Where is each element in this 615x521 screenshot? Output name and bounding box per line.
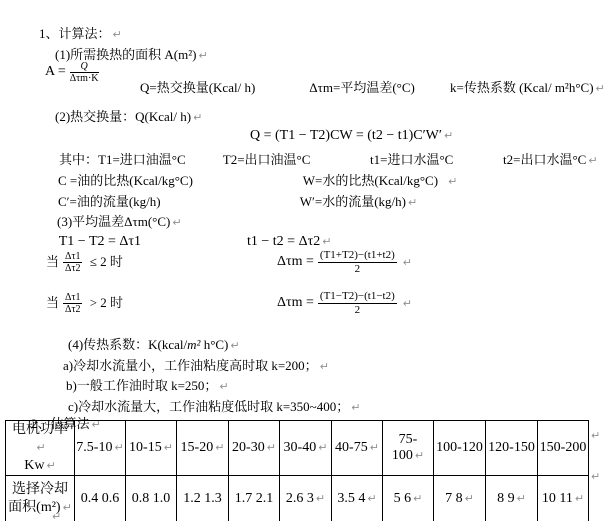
paragraph-mark: ↵ xyxy=(403,257,412,268)
fraction-denominator: Δτ2 xyxy=(63,263,82,274)
motor-power-label: 电机功率 xyxy=(12,422,68,437)
paragraph-mark: ↵ xyxy=(596,82,605,95)
cooling-area-value-cell: 0.4 0.6 xyxy=(75,476,126,521)
cooling-area-value-cell: 0.8 1.0 xyxy=(126,476,177,521)
cooling-area-value-cell: 3.5 4↵ xyxy=(332,476,383,521)
note-c-text: c)冷却水流量大，工作油粘度低时取 k=350~400； xyxy=(68,399,349,414)
paragraph-mark: ↵ xyxy=(267,441,276,454)
power-range-cell: 10-15↵ xyxy=(126,421,177,476)
where-tw2: t2=出口水温°C↵ xyxy=(490,136,598,184)
fraction-denominator: 2 xyxy=(318,263,397,275)
fraction-denominator: Δτ2 xyxy=(63,304,82,315)
label-dtm-text: Δτm=平均温差(°C) xyxy=(309,80,415,95)
power-range-cell: 150-200 xyxy=(538,421,589,476)
power-range-cell: 7.5-10↵ xyxy=(75,421,126,476)
power-range-cell: 15-20↵ xyxy=(177,421,229,476)
fraction-numerator: Δτ1 xyxy=(63,251,82,263)
fraction-denominator: Δτm·K xyxy=(70,73,99,84)
paragraph-mark: ↵ xyxy=(448,175,457,188)
table-row-power: 电机功率↵ Kw↵ 7.5-10↵10-15↵15-20↵20-30↵30-40… xyxy=(6,421,589,476)
paragraph-mark: ↵ xyxy=(164,441,173,454)
row-end-mark-1: ↵ xyxy=(591,427,600,443)
formula-a-lhs: A = xyxy=(45,64,66,80)
paragraph-mark: ↵ xyxy=(370,441,379,454)
paragraph-mark: ↵ xyxy=(316,492,325,505)
case-1-rhs-label: Δτm = xyxy=(277,254,314,270)
fraction-numerator: Q xyxy=(70,61,99,73)
table-row-area: 选择冷却 面积(m²)↵ 0.4 0.60.8 1.01.2 1.31.7 2.… xyxy=(6,476,589,521)
paragraph-mark: ↵ xyxy=(367,492,376,505)
row-end-mark-2: ↵ xyxy=(591,468,600,484)
label-mean-temp-diff: Δτm=平均温差(°C) xyxy=(297,64,415,112)
case-2-rhs-label: Δτm = xyxy=(277,295,314,311)
case-1-pre: 当 xyxy=(46,254,59,270)
paragraph-mark: ↵ xyxy=(193,111,202,124)
paragraph-mark: ↵ xyxy=(52,510,61,521)
power-range-cell: 120-150 xyxy=(486,421,538,476)
item-2-text: (2)热交换量：Q(Kcal/ h) xyxy=(55,109,191,124)
power-range-cell: 75-100↵ xyxy=(383,421,434,476)
label-heat-transfer-coeff: k=传热系数 (Kcal/ m²h°C)↵ xyxy=(437,64,605,112)
case-2-ratio-fraction: Δτ1Δτ2 xyxy=(63,292,82,315)
where-w-prime-text: W′=水的流量(kg/h) xyxy=(300,194,406,209)
formula-a-fraction: QΔτm·K xyxy=(70,61,99,84)
cooling-area-value-cell: 8 9↵ xyxy=(486,476,538,521)
cooling-area-value-cell: 7 8↵ xyxy=(434,476,486,521)
paragraph-mark: ↵ xyxy=(413,492,422,505)
paragraph-mark: ↵ xyxy=(172,216,181,229)
paragraph-mark: ↵ xyxy=(588,154,597,167)
paragraph-mark: ↵ xyxy=(114,441,123,454)
label-k-text: k=传热系数 (Kcal/ m²h°C) xyxy=(450,80,594,95)
fraction-numerator: Δτ1 xyxy=(63,292,82,304)
paragraph-mark: ↵ xyxy=(591,470,600,483)
case-1-result: Δτm =(T1+T2)−(t1+t2)2↵ xyxy=(277,243,416,281)
cooling-area-table: 电机功率↵ Kw↵ 7.5-10↵10-15↵15-20↵20-30↵30-40… xyxy=(5,420,589,521)
paragraph-mark: ↵ xyxy=(591,429,600,442)
fraction-numerator: (T1+T2)−(t1+t2) xyxy=(318,249,397,262)
case-1-condition: 当Δτ1Δτ2 ≤ 2 时 xyxy=(46,243,127,281)
power-range-cell: 30-40↵ xyxy=(280,421,332,476)
paragraph-mark: ↵ xyxy=(198,49,207,62)
paragraph-mark: ↵ xyxy=(318,441,327,454)
motor-power-unit: Kw xyxy=(24,458,44,473)
paragraph-mark: ↵ xyxy=(351,401,360,414)
paragraph-mark: ↵ xyxy=(63,501,72,514)
item-2-heat-exchange: (2)热交换量：Q(Kcal/ h)↵ xyxy=(42,93,202,141)
trailing-paragraph-mark: ↵ xyxy=(52,508,61,521)
case-1-ratio-fraction: Δτ1Δτ2 xyxy=(63,251,82,274)
case-1-result-fraction: (T1+T2)−(t1+t2)2 xyxy=(318,249,397,274)
paragraph-mark: ↵ xyxy=(415,449,424,462)
fraction-numerator: (T1−T2)−(t1−t2) xyxy=(318,290,397,303)
where-tw2-text: t2=出口水温°C xyxy=(503,152,586,167)
document-page: 1、计算法：↵ (1)所需换热的面积 A(m²)↵ A =QΔτm·K Q=热交… xyxy=(0,0,615,521)
case-2-result-fraction: (T1−T2)−(t1−t2)2 xyxy=(318,290,397,315)
paragraph-mark: ↵ xyxy=(36,441,45,454)
formula-area-equation: A =QΔτm·K xyxy=(45,56,103,88)
case-2-post: > 2 时 xyxy=(86,295,123,311)
fraction-denominator: 2 xyxy=(318,304,397,316)
paragraph-mark: ↵ xyxy=(403,298,412,309)
cooling-area-label-line1: 选择冷却 xyxy=(12,482,68,497)
cooling-area-value-cell: 2.6 3↵ xyxy=(280,476,332,521)
cooling-area-value-cell: 1.2 1.3 xyxy=(177,476,229,521)
paragraph-mark: ↵ xyxy=(465,492,474,505)
cooling-area-header-cell: 选择冷却 面积(m²)↵ xyxy=(6,476,75,521)
cooling-area-value-cell: 10 11↵ xyxy=(538,476,589,521)
power-range-cell: 100-120 xyxy=(434,421,486,476)
paragraph-mark: ↵ xyxy=(320,360,329,373)
case-2-pre: 当 xyxy=(46,295,59,311)
paragraph-mark: ↵ xyxy=(575,492,584,505)
paragraph-mark: ↵ xyxy=(408,196,417,209)
cooling-area-value-cell: 5 6↵ xyxy=(383,476,434,521)
paragraph-mark: ↵ xyxy=(215,441,224,454)
case-2-condition: 当Δτ1Δτ2 > 2 时 xyxy=(46,284,127,322)
power-range-cell: 20-30↵ xyxy=(229,421,280,476)
paragraph-mark: ↵ xyxy=(47,459,56,472)
cooling-area-value-cell: 1.7 2.1 xyxy=(229,476,280,521)
case-1-post: ≤ 2 时 xyxy=(86,254,122,270)
power-range-cell: 40-75↵ xyxy=(332,421,383,476)
motor-power-header-cell: 电机功率↵ Kw↵ xyxy=(6,421,75,476)
paragraph-mark: ↵ xyxy=(517,492,526,505)
case-2-result: Δτm =(T1−T2)−(t1−t2)2↵ xyxy=(277,284,416,322)
